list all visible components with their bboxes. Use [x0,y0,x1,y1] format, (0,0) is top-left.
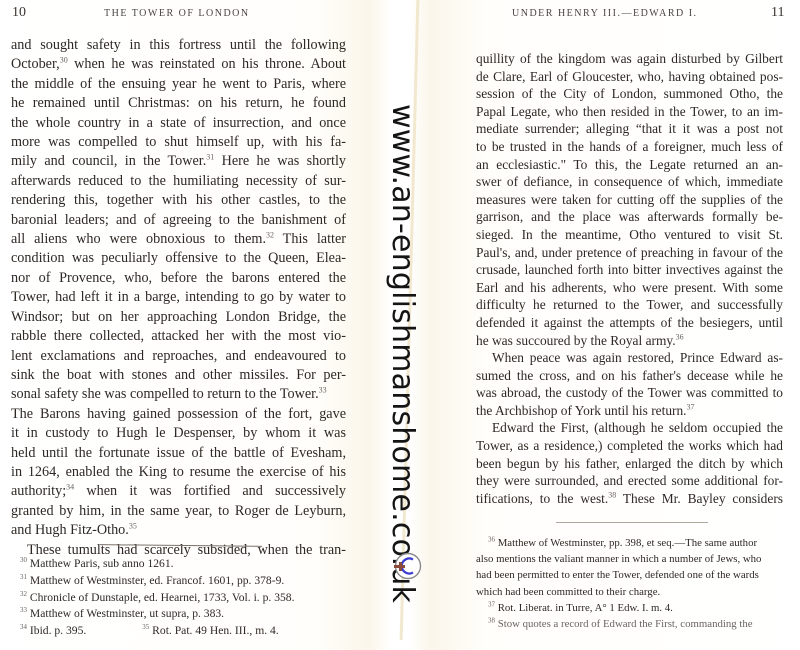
text-line: sieged. In the meantime, Otho ventured t… [476,226,783,244]
text-fragment: and Hugh Fitz-Otho. [11,522,129,538]
text-line: When peace was again restored, Prince Ed… [476,349,783,367]
text-fragment: when he was reinstated on his throne. Ab… [68,56,346,72]
text-line: crusade, launched forth into bitter inve… [476,261,783,279]
footnote-text: Matthew of Westminster, ed. Francof. 160… [30,574,284,587]
text-line: garrison, and the place was afterwards f… [476,208,783,226]
body-text-left: and sought safety in this fortress until… [11,36,346,560]
body-text-right: quillity of the kingdom was again distur… [476,50,783,507]
footnote-number: 35 [142,623,149,631]
footnotes-left: 30 Matthew Paris, sub anno 1261. 31 Matt… [20,556,294,640]
footnote-text: Chronicle of Dunstaple, ed. Hearnei, 173… [30,591,295,604]
text-line: the whole country in a state of insurrec… [11,114,346,133]
running-head-left: THE TOWER OF LONDON [104,8,250,19]
text-line: the middle of the ensuing year he went t… [11,75,346,94]
text-fragment: sonal safety she was compelled to return… [11,386,319,402]
text-fragment: mily and council, in the Tower. [11,153,206,169]
text-line: was abroad, the custody of the Tower was… [476,384,783,402]
text-line: an ecclesiastic." To this, the Legate re… [476,156,783,174]
text-line: defended it against the attempts of the … [476,314,783,332]
footnote-ref-35[interactable]: 35 [129,521,137,530]
text-fragment: Here he was shortly [214,153,346,169]
text-line: Tower, had left it in a barge, intending… [11,288,346,307]
footnote-number: 36 [488,535,495,543]
footnote-text: Rot. Pat. 49 Hen. III., m. 4. [152,624,279,637]
text-fragment: This latter [274,231,346,247]
footnote-ref-32[interactable]: 32 [266,230,274,239]
text-line: lent exclamations and reproaches, and en… [11,347,346,366]
text-fragment: tifications, to the west. [476,491,608,506]
page-number-right: 11 [771,5,784,21]
text-line: held until the fortunate issue of the ba… [11,444,346,463]
text-line: Windsor; but on her approaching London B… [11,308,346,327]
text-line: authority;34 when it was fortified and s… [11,482,346,501]
text-line: been begun by his father, enlarged the d… [476,455,783,473]
footnote-ref-30[interactable]: 30 [60,56,68,65]
text-line: Tower, as a residence,) completed the wo… [476,437,783,455]
footnote-36: 36 Matthew of Westminster, pp. 398, et s… [476,535,788,551]
text-fragment: when it was fortified and successively [74,483,346,499]
text-line: session of the City of London, summoned … [476,85,783,103]
footnote-number: 38 [488,616,495,624]
text-line: difficulty he returned to the Tower, and… [476,296,783,314]
text-fragment: he was succoured by the Royal army. [476,333,676,348]
text-line: more was compelled to shut himself up, w… [11,133,346,152]
page-number-left: 10 [12,5,26,21]
footnote-38: 38 Stow quotes a record of Edward the Fi… [476,616,788,632]
footnote-36-cont: which had been committed to their charge… [476,584,788,600]
footnote-text: Ibid. p. 395. [30,624,86,637]
text-line: The Barons having gained possession of t… [11,405,346,424]
text-fragment: all aliens who were obnoxious to them. [11,231,266,247]
footnote-34-35: 34 Ibid. p. 395.35 Rot. Pat. 49 Hen. III… [20,623,294,640]
text-line: sonal safety she was compelled to return… [11,385,346,404]
text-line: he remained until Christmas: on his retu… [11,94,346,113]
footnote-37: 37 Rot. Liberat. in Turre, A° 1 Edw. I. … [476,600,788,616]
footnote-ref-33[interactable]: 33 [319,386,327,395]
footnote-text: Matthew of Westminster, ut supra, p. 383… [30,607,224,620]
text-fragment: the Archbishop of York until his return. [476,403,687,418]
footnote-text: Stow quotes a record of Edward the First… [498,618,753,630]
footnote-text: Matthew of Westminster, pp. 398, et seq.… [498,537,757,549]
text-line: he was succoured by the Royal army.36 [476,332,783,350]
text-line: nor of Provence, who, before the barons … [11,269,346,288]
left-page: 10 THE TOWER OF LONDON and sought safety… [0,0,370,650]
footnote-separator [556,522,708,523]
text-line: quillity of the kingdom was again distur… [476,50,783,68]
text-line: Paul's, and, under pretence of preaching… [476,244,783,262]
text-line: all aliens who were obnoxious to them.32… [11,230,346,249]
footnote-ref-34[interactable]: 34 [66,483,74,492]
running-head-right: UNDER HENRY III.—EDWARD I. [512,8,698,19]
text-line: granted by him, in the same year, to Rog… [11,502,346,521]
text-line: October,30 when he was reinstated on his… [11,55,346,74]
text-line: and Hugh Fitz-Otho.35 [11,521,346,540]
footnotes-right: 36 Matthew of Westminster, pp. 398, et s… [476,535,788,632]
text-line: to be trusted in the hands of a foreigne… [476,138,783,156]
footnote-ref-37[interactable]: 37 [687,402,695,411]
website-watermark[interactable]: www.an-englishmanshome.co.uk [384,104,420,544]
text-line: Papal Legate, who then resided in the To… [476,103,783,121]
footnote-36-cont: had been permitted to enter the Tower, d… [476,567,788,583]
text-line: condition was peculiarly offensive to th… [11,249,346,268]
footnote-number: 31 [20,573,27,581]
footnote-number: 33 [20,607,27,615]
footnote-number: 34 [20,623,27,631]
text-line: afterwards reduced to the humiliating ne… [11,172,346,191]
right-page: UNDER HENRY III.—EDWARD I. 11 quillity o… [430,0,800,650]
text-line: the Archbishop of York until his return.… [476,402,783,420]
footnote-33: 33 Matthew of Westminster, ut supra, p. … [20,606,294,623]
text-line: baronial leaders; and of agreeing to the… [11,211,346,230]
text-line: rabble there collected, attacked her wit… [11,327,346,346]
text-fragment: These Mr. Bayley considers [616,491,783,506]
text-fragment: authority; [11,483,66,499]
footnote-30: 30 Matthew Paris, sub anno 1261. [20,556,294,573]
footnote-31: 31 Matthew of Westminster, ed. Francof. … [20,573,294,590]
text-line: it in custody to Hugh le Despenser, by w… [11,424,346,443]
text-line: mediate surrender; alleging “that it it … [476,120,783,138]
footnote-text: Matthew Paris, sub anno 1261. [30,557,174,570]
text-line: rendering this, together with his other … [11,191,346,210]
footnote-number: 30 [20,556,27,564]
text-line: they were surrounded, and erected some a… [476,472,783,490]
text-line: sumed the cross, and on his father's dec… [476,367,783,385]
text-line: tifications, to the west.38 These Mr. Ba… [476,490,783,508]
text-line: Edward the First, (although he seldom oc… [476,419,783,437]
footnote-number: 32 [20,590,27,598]
footnote-ref-36[interactable]: 36 [676,332,684,341]
text-line: swer of defiance, in consequence of whic… [476,173,783,191]
text-line: and sought safety in this fortress until… [11,36,346,55]
text-fragment: October, [11,56,60,72]
text-line: measures were taken for cutting off the … [476,191,783,209]
text-line: Earl and his adherents, who were present… [476,279,783,297]
footnote-number: 37 [488,600,495,608]
circular-c-logo-icon[interactable] [392,551,422,581]
footnote-32: 32 Chronicle of Dunstaple, ed. Hearnei, … [20,590,294,607]
footnote-text: Rot. Liberat. in Turre, A° 1 Edw. I. m. … [498,602,673,614]
text-line: de Clare, Earl of Gloucester, who, havin… [476,68,783,86]
text-line: sink the boat with stones and other miss… [11,366,346,385]
text-line: in 1264, enabled the King to resume the … [11,463,346,482]
text-line: mily and council, in the Tower.31 Here h… [11,152,346,171]
footnote-36-cont: also mentions the valiant manner in whic… [476,551,788,567]
